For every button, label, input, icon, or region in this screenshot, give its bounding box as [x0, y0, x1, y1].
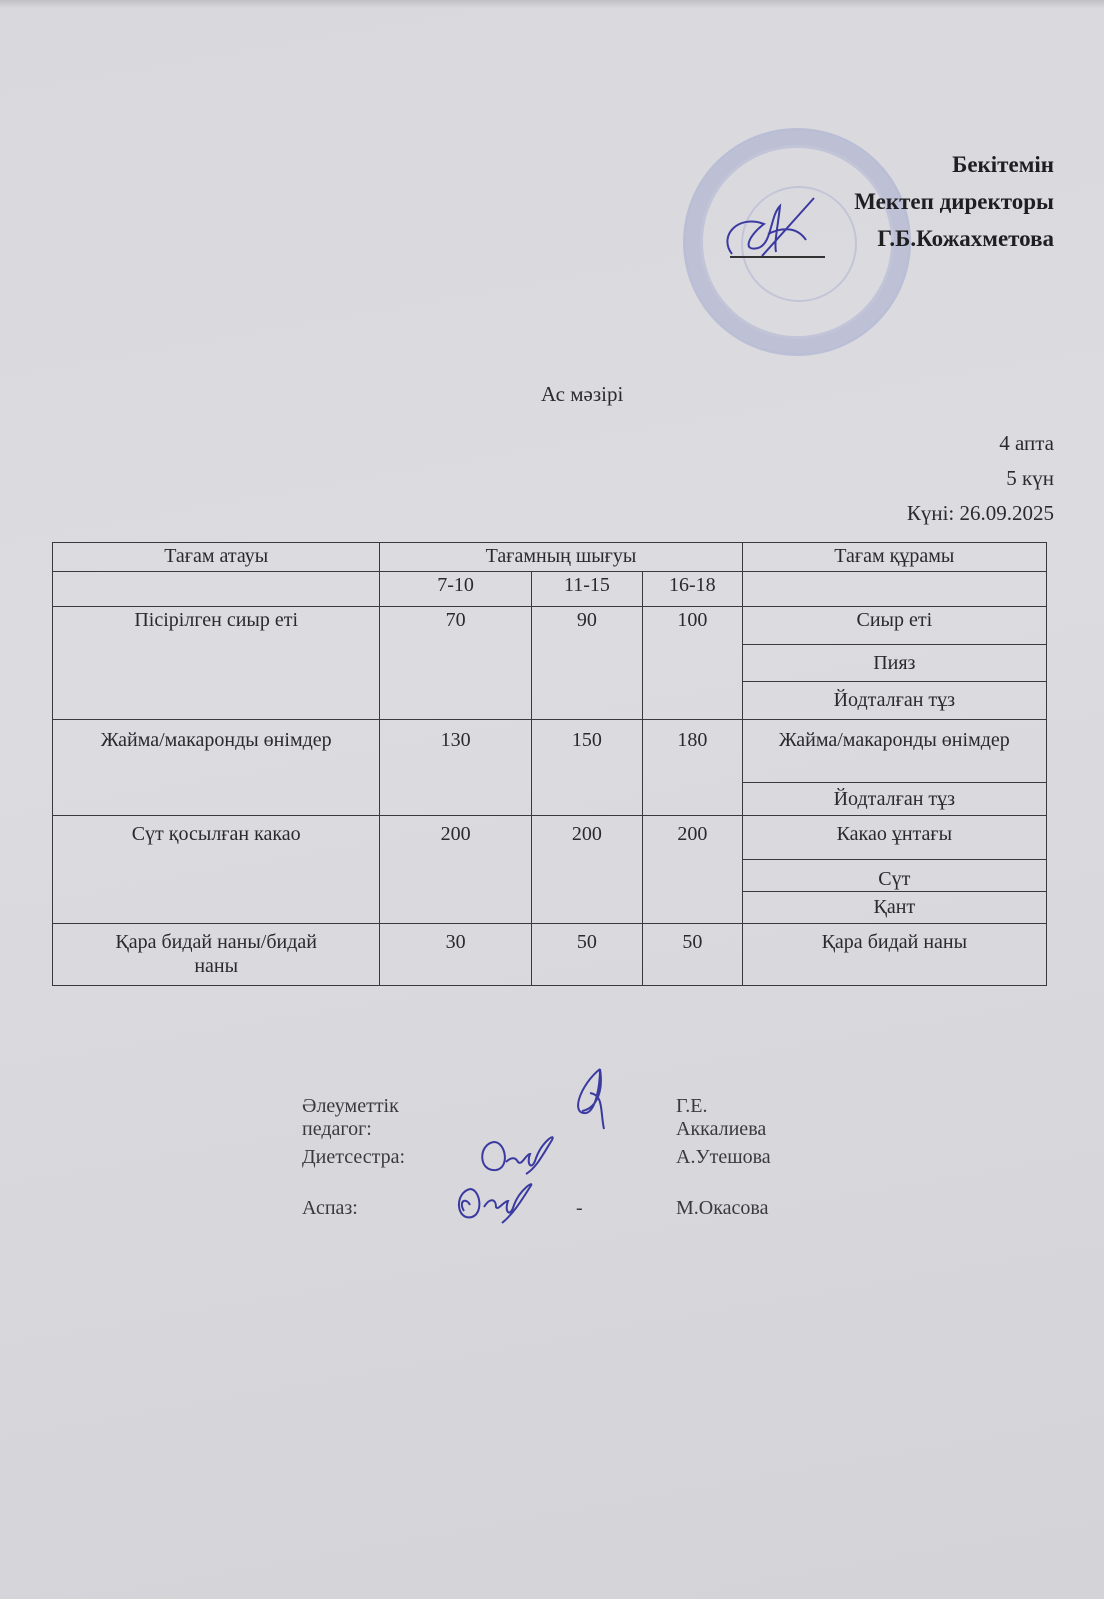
- blank-cell: [53, 572, 380, 607]
- date-label: Күні: 26.09.2025: [907, 496, 1054, 531]
- ingredient: Жайма/макаронды өнімдер: [742, 720, 1046, 783]
- portion-value: 130: [380, 720, 531, 816]
- header-dish-name: Тағам атауы: [53, 543, 380, 572]
- handwritten-signature: [570, 1065, 620, 1135]
- table-row: Жайма/макаронды өнімдер 130 150 180 Жайм…: [53, 720, 1047, 783]
- portion-value: 30: [380, 924, 531, 986]
- signer-role: Әлеуметтік педагог:: [302, 1095, 399, 1141]
- age-group: 16-18: [643, 572, 743, 607]
- handwritten-signature: [450, 1171, 550, 1227]
- ingredient: Пияз: [742, 645, 1046, 682]
- table-header-row: Тағам атауы Тағамның шығуы Тағам құрамы: [53, 543, 1047, 572]
- ingredient: Какао ұнтағы: [742, 816, 1046, 860]
- portion-value: 90: [531, 607, 642, 720]
- portion-value: 150: [531, 720, 642, 816]
- portion-value: 200: [531, 816, 642, 924]
- signature-mark: -: [576, 1197, 583, 1220]
- director-signature-line: [730, 256, 825, 258]
- signer-name: Г.Е. Аккалиева: [676, 1095, 766, 1141]
- menu-table: Тағам атауы Тағамның шығуы Тағам құрамы …: [52, 542, 1047, 986]
- ingredient: Йодталған тұз: [742, 783, 1046, 816]
- dish-name: Жайма/макаронды өнімдер: [53, 720, 380, 816]
- signer-name: М.Окасова: [676, 1197, 768, 1220]
- dish-name: Қара бидай наны/бидай наны: [53, 924, 380, 986]
- ingredient: Сиыр еті: [742, 607, 1046, 645]
- signer-name: А.Утешова: [676, 1146, 771, 1169]
- age-group-row: 7-10 11-15 16-18: [53, 572, 1047, 607]
- age-group: 7-10: [380, 572, 531, 607]
- week-label: 4 апта: [907, 426, 1054, 461]
- document-title: Ас мәзірі: [541, 382, 623, 407]
- approval-heading: Бекітемін: [854, 146, 1054, 183]
- paper-edge: [0, 0, 1104, 8]
- ingredient: Сүт: [742, 860, 1046, 892]
- portion-value: 50: [643, 924, 743, 986]
- approval-position: Мектеп директоры: [854, 183, 1054, 220]
- menu-meta: 4 апта 5 күн Күні: 26.09.2025: [907, 426, 1054, 531]
- table-row: Сүт қосылған какао 200 200 200 Какао ұнт…: [53, 816, 1047, 860]
- signer-role: Диетсестра:: [302, 1146, 405, 1169]
- approval-name: Г.Б.Кожахметова: [854, 220, 1054, 257]
- portion-value: 70: [380, 607, 531, 720]
- table-row: Пісірілген сиыр еті 70 90 100 Сиыр еті: [53, 607, 1047, 645]
- age-group: 11-15: [531, 572, 642, 607]
- ingredient: Йодталған тұз: [742, 682, 1046, 720]
- dish-name: Пісірілген сиыр еті: [53, 607, 380, 720]
- portion-value: 200: [380, 816, 531, 924]
- portion-value: 200: [643, 816, 743, 924]
- approval-block: Бекітемін Мектеп директоры Г.Б.Кожахмето…: [854, 146, 1054, 257]
- header-composition: Тағам құрамы: [742, 543, 1046, 572]
- dish-name: Сүт қосылған какао: [53, 816, 380, 924]
- blank-cell: [742, 572, 1046, 607]
- signer-role: Аспаз:: [302, 1197, 358, 1220]
- ingredient: Қант: [742, 892, 1046, 924]
- portion-value: 180: [643, 720, 743, 816]
- day-label: 5 күн: [907, 461, 1054, 496]
- director-signature: [718, 196, 838, 262]
- ingredient: Қара бидай наны: [742, 924, 1046, 986]
- header-output: Тағамның шығуы: [380, 543, 742, 572]
- portion-value: 50: [531, 924, 642, 986]
- document-page: Бекітемін Мектеп директоры Г.Б.Кожахмето…: [0, 0, 1104, 1599]
- table-row: Қара бидай наны/бидай наны 30 50 50 Қара…: [53, 924, 1047, 986]
- portion-value: 100: [643, 607, 743, 720]
